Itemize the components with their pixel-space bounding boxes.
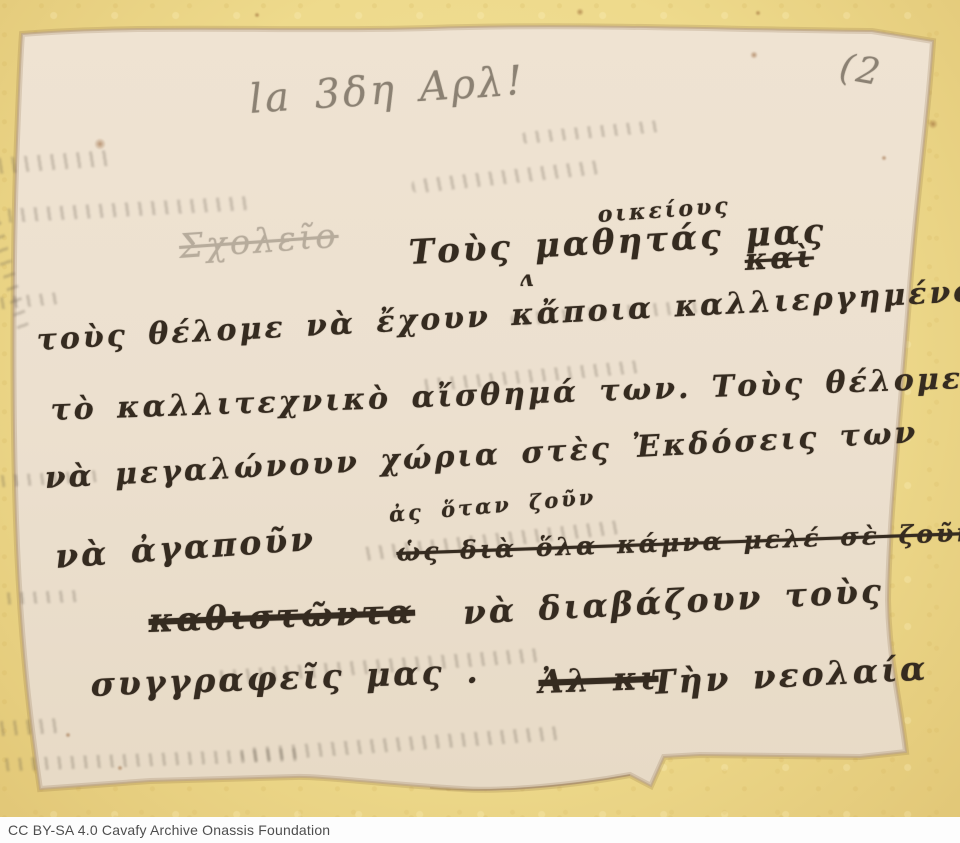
- license-attribution: CC BY-SA 4.0 Cavafy Archive Onassis Foun…: [8, 822, 330, 838]
- attribution-bar: CC BY-SA 4.0 Cavafy Archive Onassis Foun…: [0, 817, 960, 843]
- scanned-manuscript-page: la 3δη Αρλ!(2οικείουςΣχολεῖοΤοὺς μαθητάς…: [0, 0, 960, 843]
- paper-outline: [13, 26, 933, 790]
- paper-sheet: [0, 0, 960, 843]
